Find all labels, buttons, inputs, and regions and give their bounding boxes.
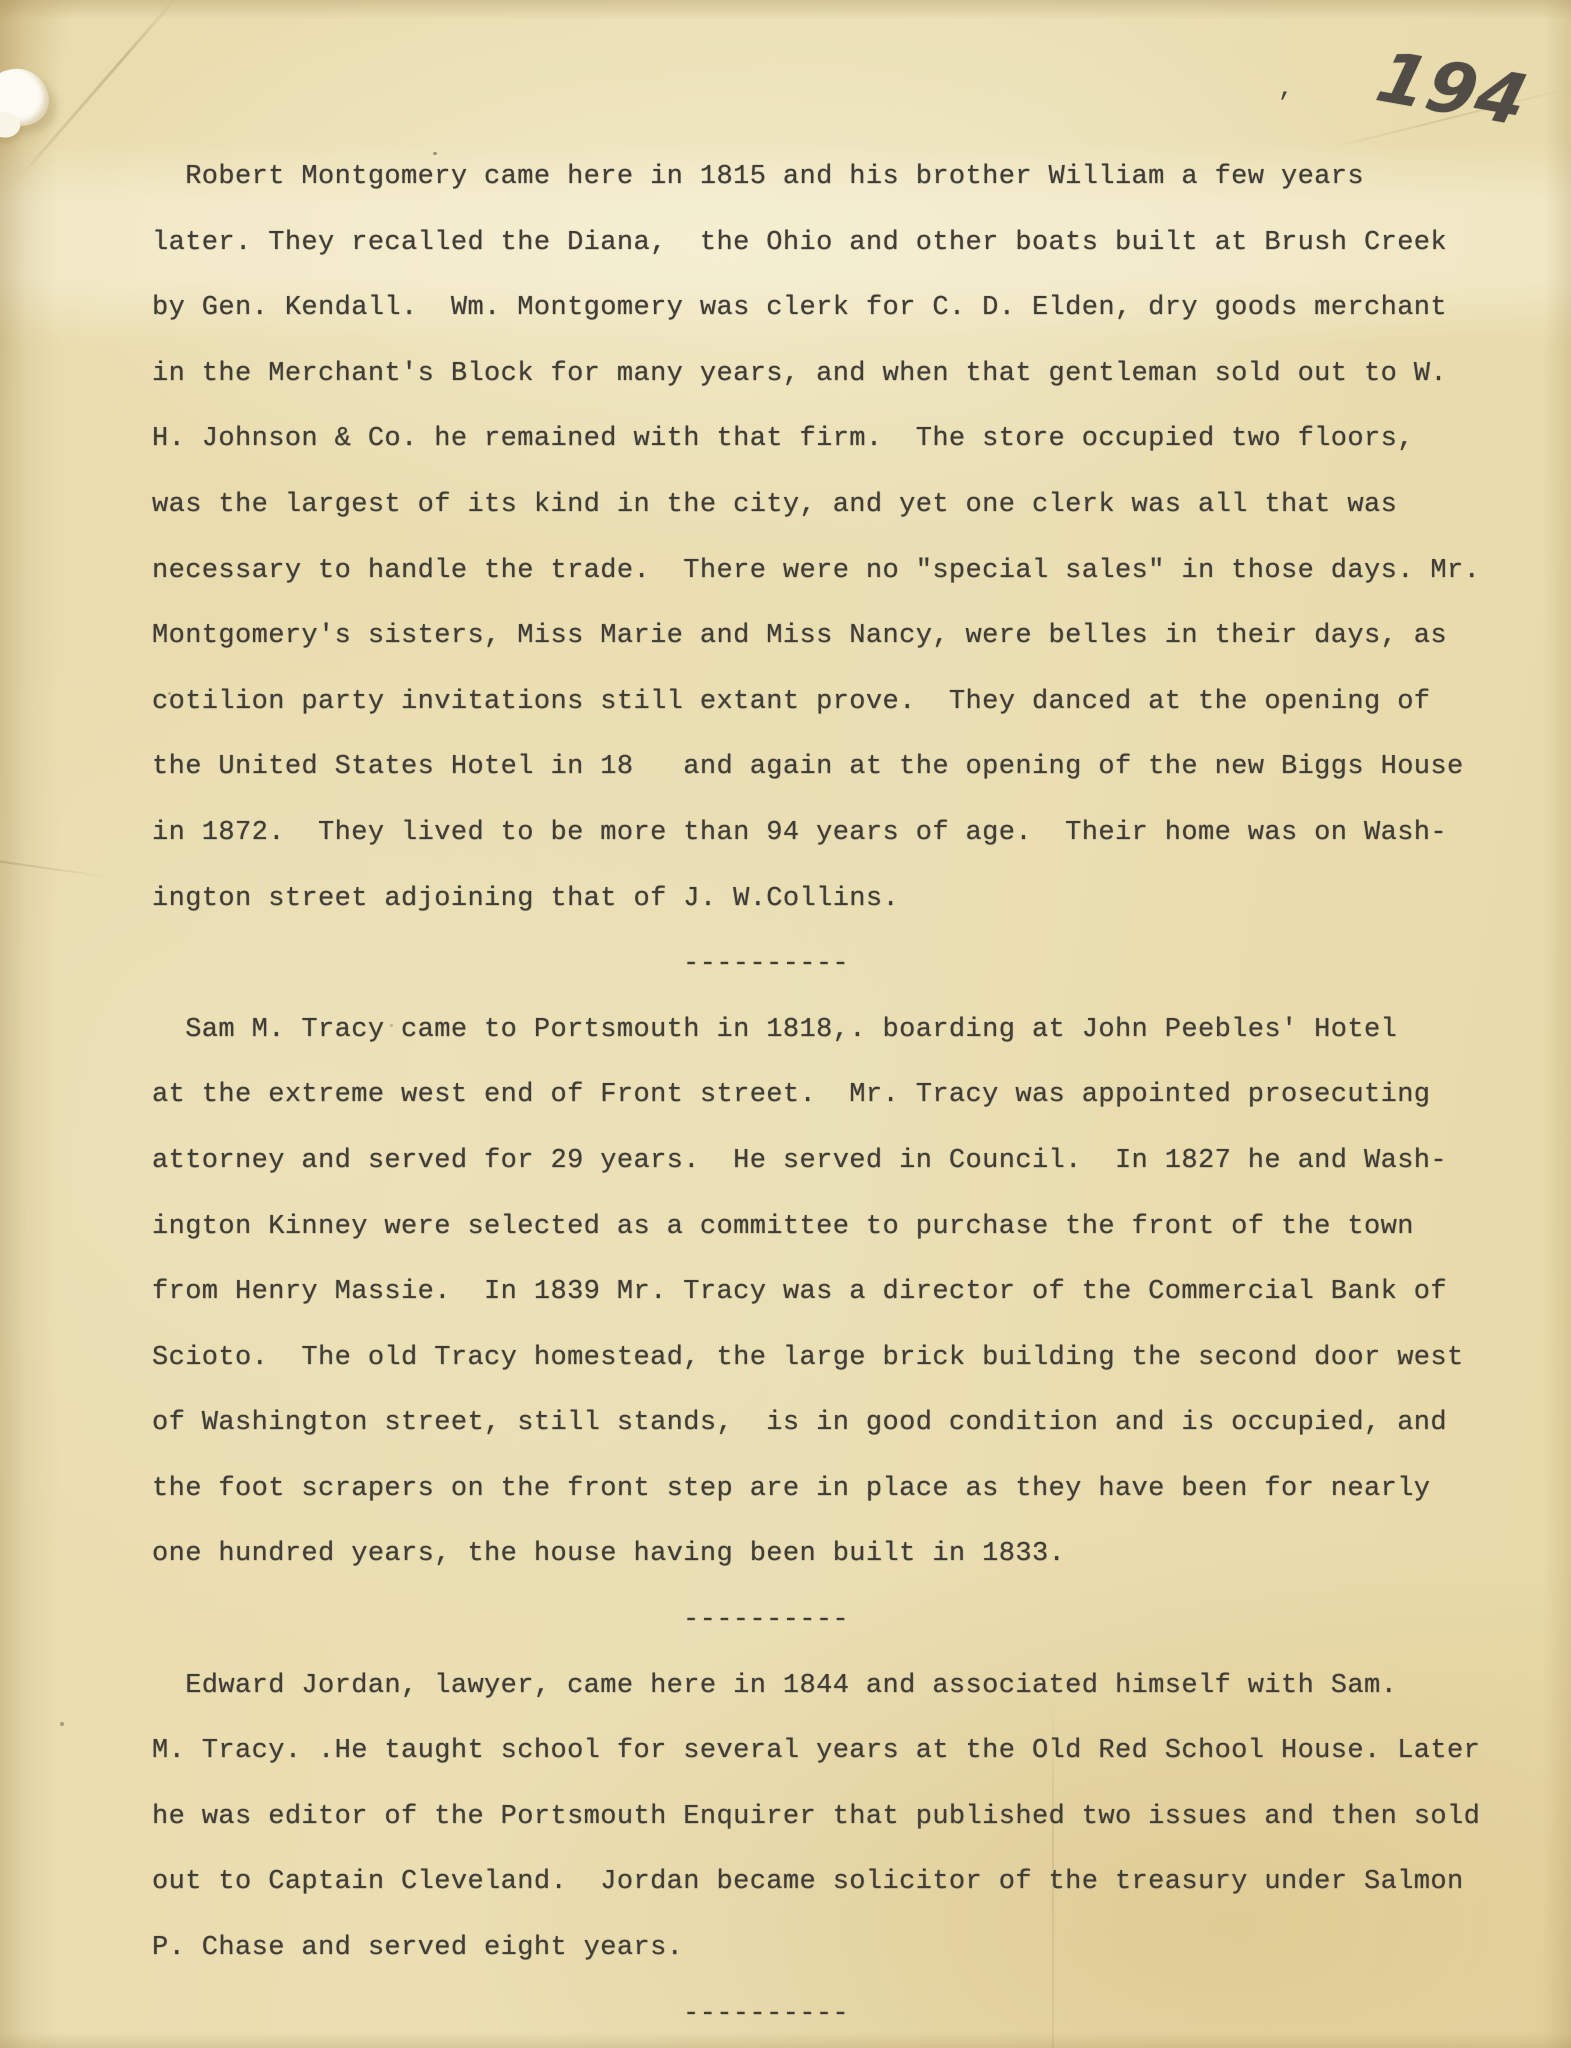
paper-speck bbox=[60, 1722, 64, 1726]
text-line: in 1872. They lived to be more than 94 y… bbox=[152, 801, 1552, 867]
paper-edge-shadow-left bbox=[0, 0, 60, 2048]
stray-mark: ’ bbox=[1276, 90, 1292, 120]
text-line: at the extreme west end of Front street.… bbox=[152, 1063, 1552, 1129]
text-line: Scioto. The old Tracy homestead, the lar… bbox=[152, 1326, 1552, 1392]
section-divider: ---------- bbox=[152, 1588, 1552, 1654]
text-line: ington street adjoining that of J. W.Col… bbox=[152, 867, 1552, 933]
text-line: necessary to handle the trade. There wer… bbox=[152, 539, 1552, 605]
text-content: Robert Montgomery came here in 1815 and … bbox=[152, 145, 1552, 2047]
text-line: was the largest of its kind in the city,… bbox=[152, 473, 1552, 539]
text-line: he was editor of the Portsmouth Enquirer… bbox=[152, 1785, 1552, 1851]
text-line: P. Chase and served eight years. bbox=[152, 1916, 1552, 1982]
text-line: the foot scrapers on the front step are … bbox=[152, 1457, 1552, 1523]
paper-edge-shadow-top bbox=[0, 0, 1571, 20]
text-line: by Gen. Kendall. Wm. Montgomery was cler… bbox=[152, 276, 1552, 342]
text-line: attorney and served for 29 years. He ser… bbox=[152, 1129, 1552, 1195]
text-line: cotilion party invitations still extant … bbox=[152, 670, 1552, 736]
text-line: Montgomery's sisters, Miss Marie and Mis… bbox=[152, 604, 1552, 670]
text-line: Robert Montgomery came here in 1815 and … bbox=[152, 145, 1552, 211]
text-line: Sam M. Tracy came to Portsmouth in 1818,… bbox=[152, 998, 1552, 1064]
page-number-handwritten: 194 bbox=[1369, 36, 1536, 142]
text-line: one hundred years, the house having been… bbox=[152, 1522, 1552, 1588]
text-line: out to Captain Cleveland. Jordan became … bbox=[152, 1850, 1552, 1916]
text-line: from Henry Massie. In 1839 Mr. Tracy was… bbox=[152, 1260, 1552, 1326]
text-line: ington Kinney were selected as a committ… bbox=[152, 1195, 1552, 1261]
text-line: later. They recalled the Diana, the Ohio… bbox=[152, 211, 1552, 277]
text-line: M. Tracy. .He taught school for several … bbox=[152, 1719, 1552, 1785]
text-line: in the Merchant's Block for many years, … bbox=[152, 342, 1552, 408]
section-divider: ---------- bbox=[152, 1982, 1552, 2048]
text-line: the United States Hotel in 18 and again … bbox=[152, 735, 1552, 801]
section-divider: ---------- bbox=[152, 932, 1552, 998]
text-line: of Washington street, still stands, is i… bbox=[152, 1391, 1552, 1457]
text-line: Edward Jordan, lawyer, came here in 1844… bbox=[152, 1654, 1552, 1720]
scanned-page: 194 ’ Robert Montgomery came here in 181… bbox=[0, 0, 1571, 2048]
text-line: H. Johnson & Co. he remained with that f… bbox=[152, 407, 1552, 473]
